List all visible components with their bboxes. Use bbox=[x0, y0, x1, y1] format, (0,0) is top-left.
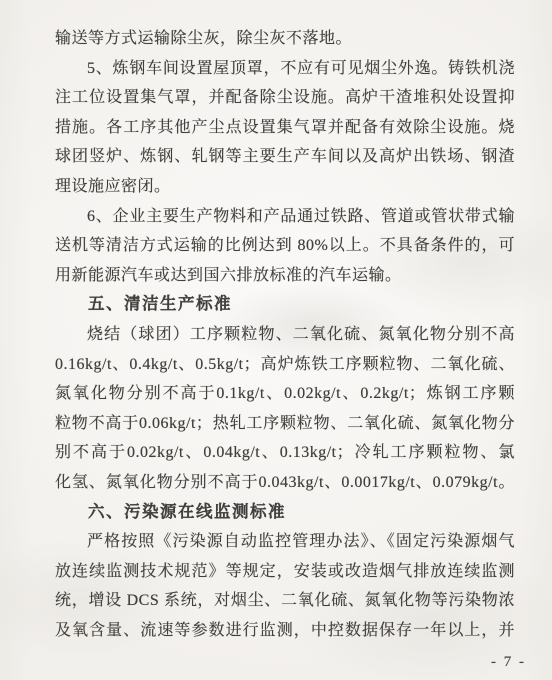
text-line: 6、企业主要生产物料和产品通过铁路、管道或管状带式输 bbox=[55, 202, 515, 232]
document-page: 输送等方式运输除尘灰，除尘灰不落地。5、炼钢车间设置屋顶罩，不应有可见烟尘外逸。… bbox=[0, 0, 552, 680]
text-line: 0.16kg/t、0.4kg/t、0.5kg/t；高炉炼铁工序颗粒物、二氧化硫、 bbox=[55, 350, 515, 380]
text-line: 理设施应密闭。 bbox=[55, 172, 515, 202]
text-line: 输送等方式运输除尘灰，除尘灰不落地。 bbox=[55, 24, 515, 54]
text-line: 严格按照《污染源自动监控管理办法》、《固定污染源烟气排 bbox=[55, 527, 515, 557]
text-line: 措施。各工序其他产尘点设置集气罩并配备有效除尘设施。烧结、 bbox=[55, 113, 515, 143]
text-line: 粒物不高于0.06kg/t；热轧工序颗粒物、二氧化硫、氮氧化物分 bbox=[55, 409, 515, 439]
text-line: 别不高于0.02kg/t、0.04kg/t、0.13kg/t；冷轧工序颗粒物、氯 bbox=[55, 438, 515, 468]
text-line: 5、炼钢车间设置屋顶罩，不应有可见烟尘外逸。铸铁机浇 bbox=[55, 54, 515, 84]
text-line: 球团竖炉、炼钢、轧钢等主要生产车间以及高炉出铁场、钢渣处 bbox=[55, 142, 515, 172]
text-line: 注工位设置集气罩，并配备除尘设施。高炉干渣堆积处设置抑尘 bbox=[55, 83, 515, 113]
text-line: 用新能源汽车或达到国六排放标准的汽车运输。 bbox=[55, 261, 515, 291]
text-line: 氮氧化物分别不高于0.1kg/t、0.02kg/t、0.2kg/t；炼钢工序颗 bbox=[55, 379, 515, 409]
text-line: 统，增设 DCS 系统，对烟尘、二氧化硫、氮氧化物等污染物浓度 bbox=[55, 586, 515, 616]
document-body: 输送等方式运输除尘灰，除尘灰不落地。5、炼钢车间设置屋顶罩，不应有可见烟尘外逸。… bbox=[55, 24, 515, 645]
text-line: 放连续监测技术规范》等规定，安装或改造烟气排放连续监测系 bbox=[55, 557, 515, 587]
section-heading: 五、清洁生产标准 bbox=[55, 290, 515, 320]
page-number: - 7 - bbox=[491, 654, 526, 671]
text-line: 化氢、氮氧化物分别不高于0.043kg/t、0.0017kg/t、0.079kg… bbox=[55, 468, 515, 498]
section-heading: 六、污染源在线监测标准 bbox=[55, 498, 515, 528]
text-line: 烧结（球团）工序颗粒物、二氧化硫、氮氧化物分别不高于 bbox=[55, 320, 515, 350]
text-line: 送机等清洁方式运输的比例达到 80%以上。不具备条件的，可采 bbox=[55, 231, 515, 261]
text-line: 及氧含量、流速等参数进行监测，中控数据保存一年以上，并与 bbox=[55, 616, 515, 646]
